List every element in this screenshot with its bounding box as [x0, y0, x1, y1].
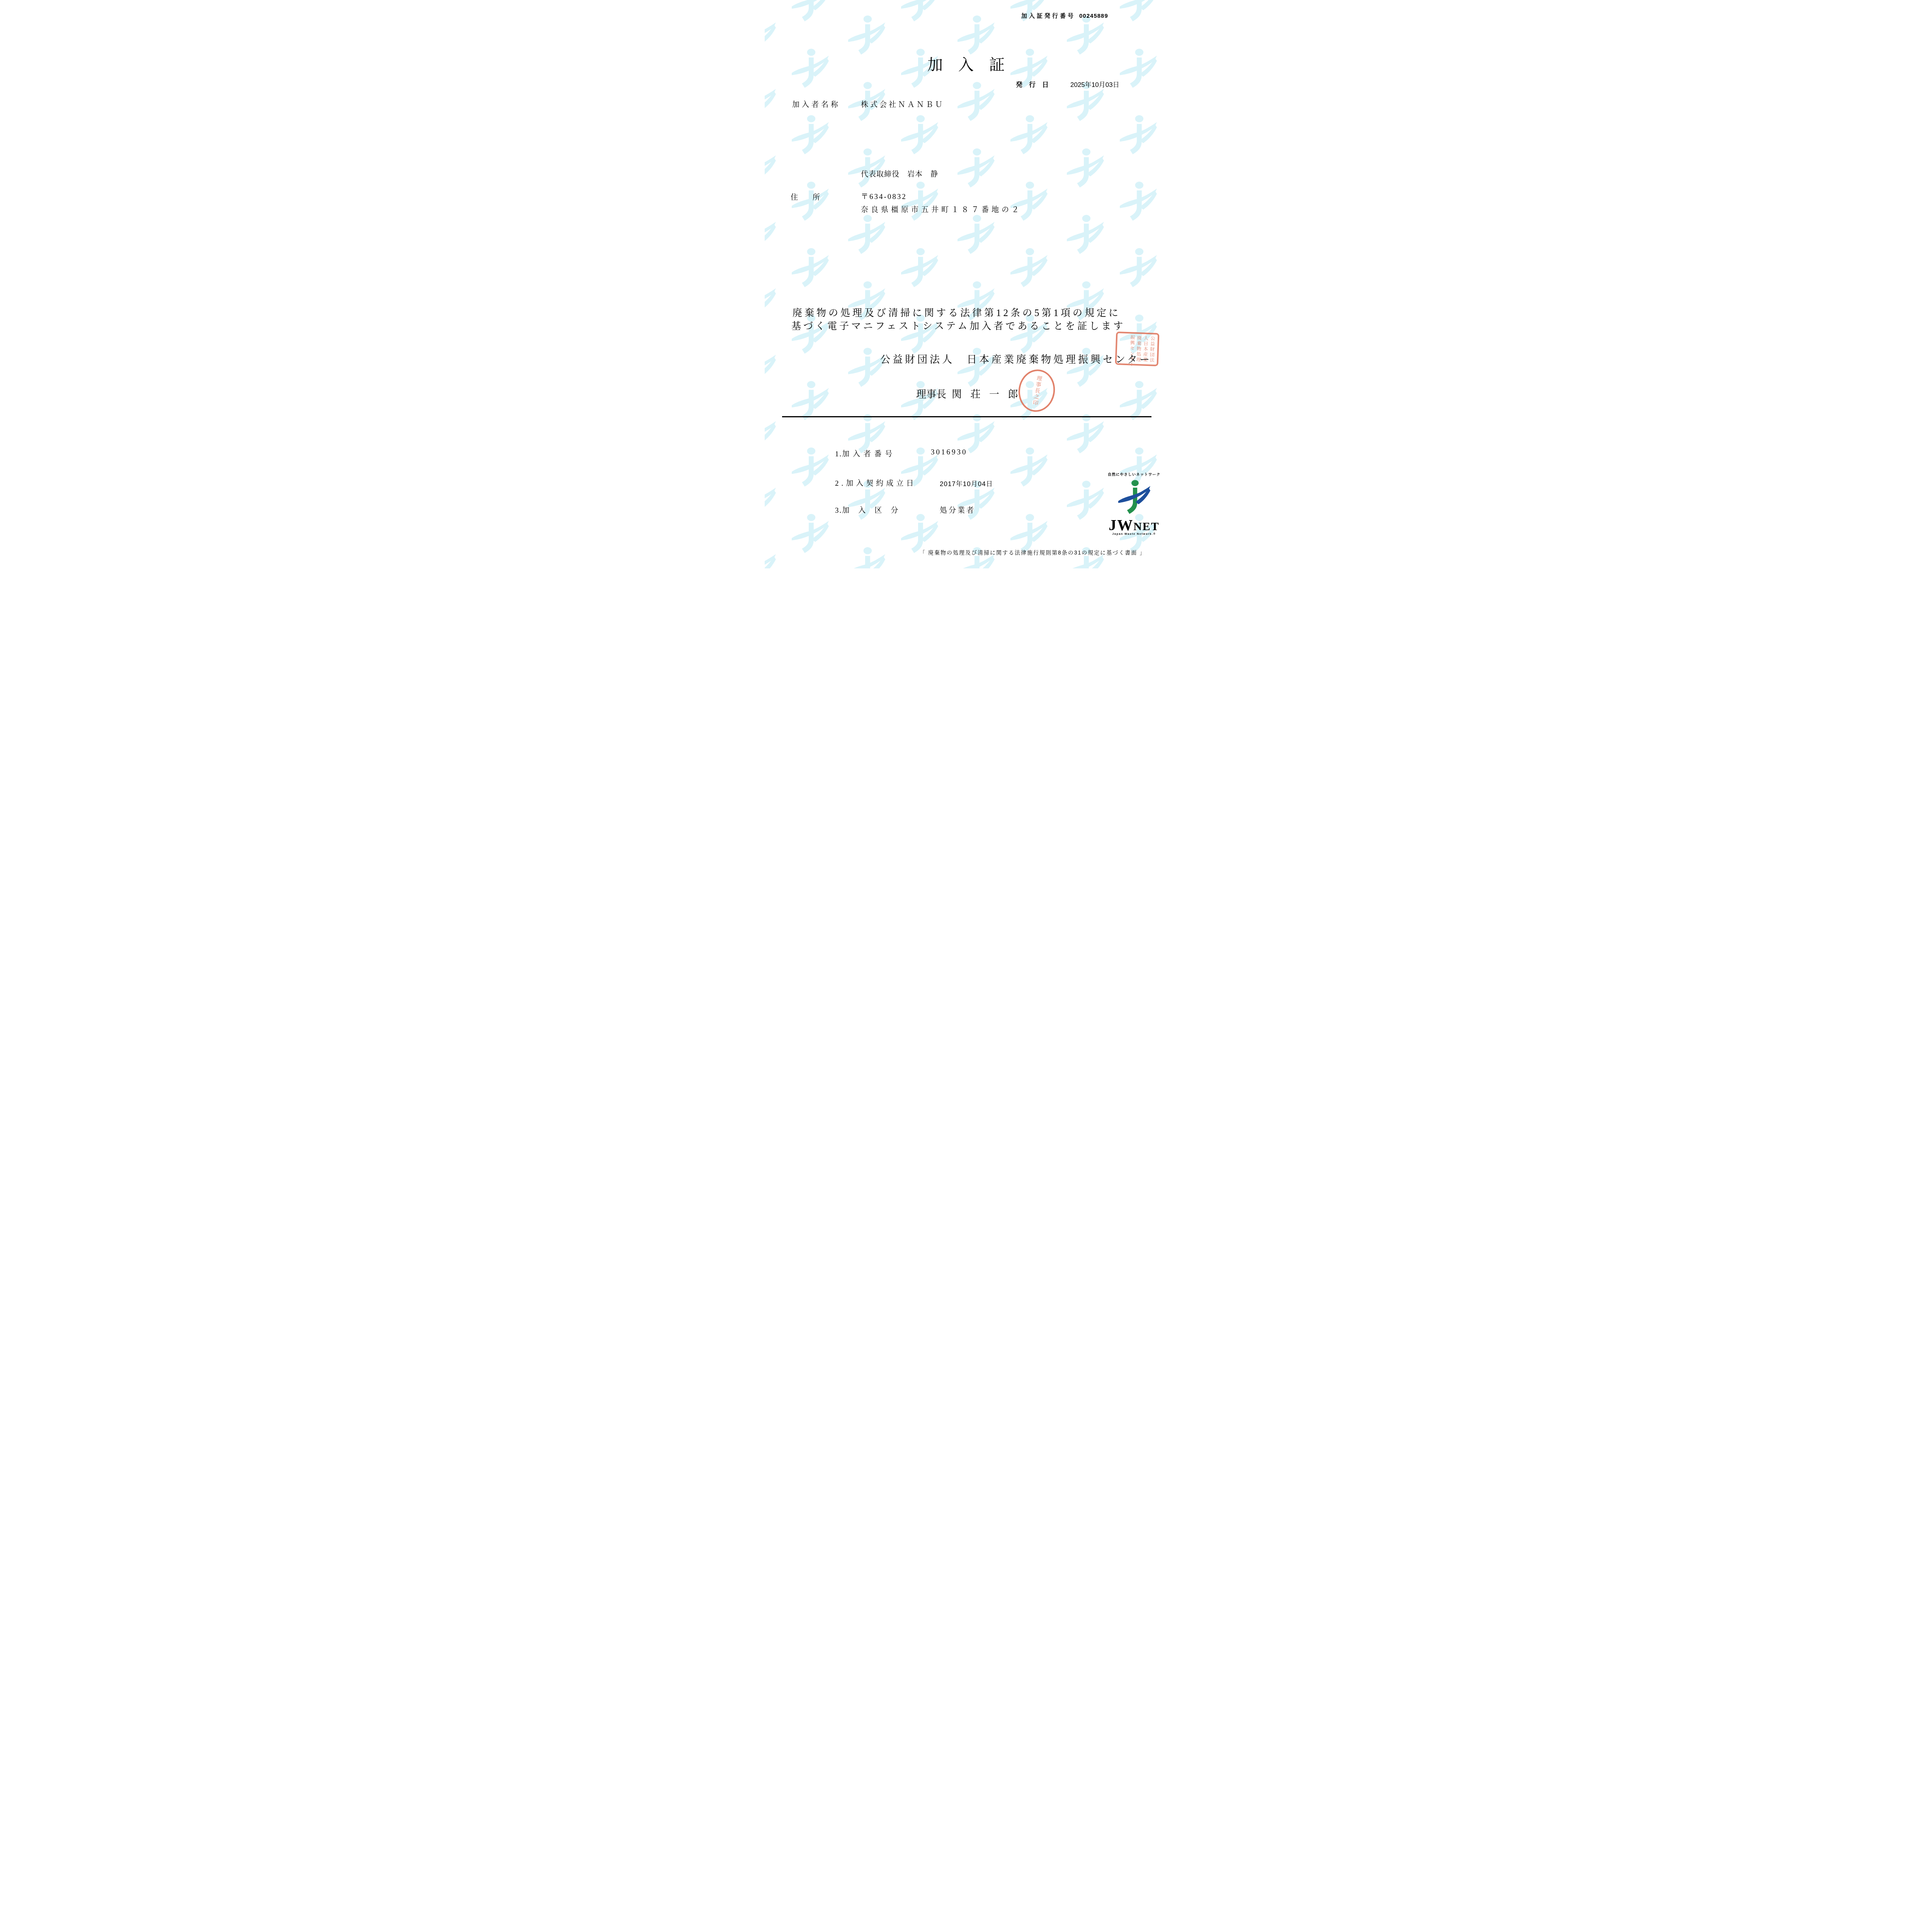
member-number-value: 3016930: [931, 448, 968, 457]
address-label-left: 住: [791, 192, 798, 202]
president-title: 理事長: [916, 389, 946, 400]
postal-code: 〒634-0832: [861, 191, 907, 201]
round-seal: 理事長之印: [1015, 367, 1058, 414]
issue-number-label: 加入証発行番号: [1021, 13, 1075, 19]
round-seal-inscription: 理事長之印: [1032, 375, 1042, 406]
address-line: 奈良県橿原市五井町１８７番地の２: [861, 204, 1022, 214]
contract-date-label: 2.加入契約成立日: [835, 480, 916, 488]
member-number-label: 1.加 入 者 番 号: [835, 450, 893, 458]
jwnet-logo-sub: NET: [1133, 520, 1160, 533]
certificate-page: 加入証発行番号00245889 加 入 証 発 行 日2025年10月03日 加…: [765, 0, 1167, 568]
address-label: 住 所: [791, 192, 820, 202]
issue-number-line: 加入証発行番号00245889: [1021, 12, 1108, 20]
jwnet-logo-caption: Japan Waste Network.®: [1104, 533, 1164, 536]
issue-date-line: 発 行 日2025年10月03日: [1016, 79, 1119, 89]
page-title: 加 入 証: [765, 53, 1167, 75]
member-name-row: 加入者名称株式会社ＮＡＮＢＵ: [792, 99, 944, 109]
jwnet-logo-icon: [1116, 478, 1153, 518]
member-name-label: 加入者名称: [792, 99, 861, 109]
issue-date-value: 2025年10月03日: [1070, 81, 1119, 88]
representative-line: 代表取締役 岩本 静: [861, 168, 938, 179]
certificate-content: 加入証発行番号00245889 加 入 証 発 行 日2025年10月03日 加…: [765, 0, 1167, 568]
jwnet-logo-text: JWNET: [1104, 518, 1164, 532]
certification-text-line2: 基づく電子マニフェストシステム加入者であることを証します: [791, 318, 1125, 332]
president-name: 関 荘 一 郎: [952, 389, 1021, 400]
member-name-value: 株式会社ＮＡＮＢＵ: [861, 101, 944, 109]
certification-text-line1: 廃棄物の処理及び清掃に関する法律第12条の5第1項の規定に: [793, 305, 1121, 319]
organization-name: 公益財団法人 日本産業廃棄物処理振興センター: [880, 352, 1152, 366]
member-number-row: 1.加 入 者 番 号 3016930: [835, 448, 893, 459]
member-category-label: 3.加 入 区 分: [835, 507, 899, 515]
issue-number-value: 00245889: [1079, 13, 1108, 19]
address-label-right: 所: [813, 192, 820, 202]
footer-legal-note: 「 廃棄物の処理及び清掃に関する法律施行規則第8条の31の規定に基づく書面 」: [920, 549, 1146, 556]
contract-date-value: 2017年10月04日: [940, 478, 993, 488]
member-category-row: 3.加 入 区 分 処分業者: [835, 505, 899, 515]
issue-date-label: 発 行 日: [1016, 81, 1049, 88]
square-seal-inscription: 公益財団法 人日本産業 廃棄物処理 振興センター: [1119, 334, 1156, 363]
jwnet-tagline: 自然にやさしいネットワーク: [1104, 471, 1164, 477]
contract-date-row: 2.加入契約成立日 2017年10月04日: [835, 478, 916, 488]
divider-line: [782, 416, 1151, 417]
jwnet-logo-main: JW: [1109, 516, 1133, 534]
jwnet-logo-block: 自然にやさしいネットワーク JWNET Japan Waste Network.…: [1104, 471, 1164, 536]
member-category-value: 処分業者: [940, 505, 975, 515]
president-line: 理事長関 荘 一 郎: [916, 386, 1021, 401]
square-seal: 公益財団法 人日本産業 廃棄物処理 振興センター: [1115, 332, 1160, 366]
